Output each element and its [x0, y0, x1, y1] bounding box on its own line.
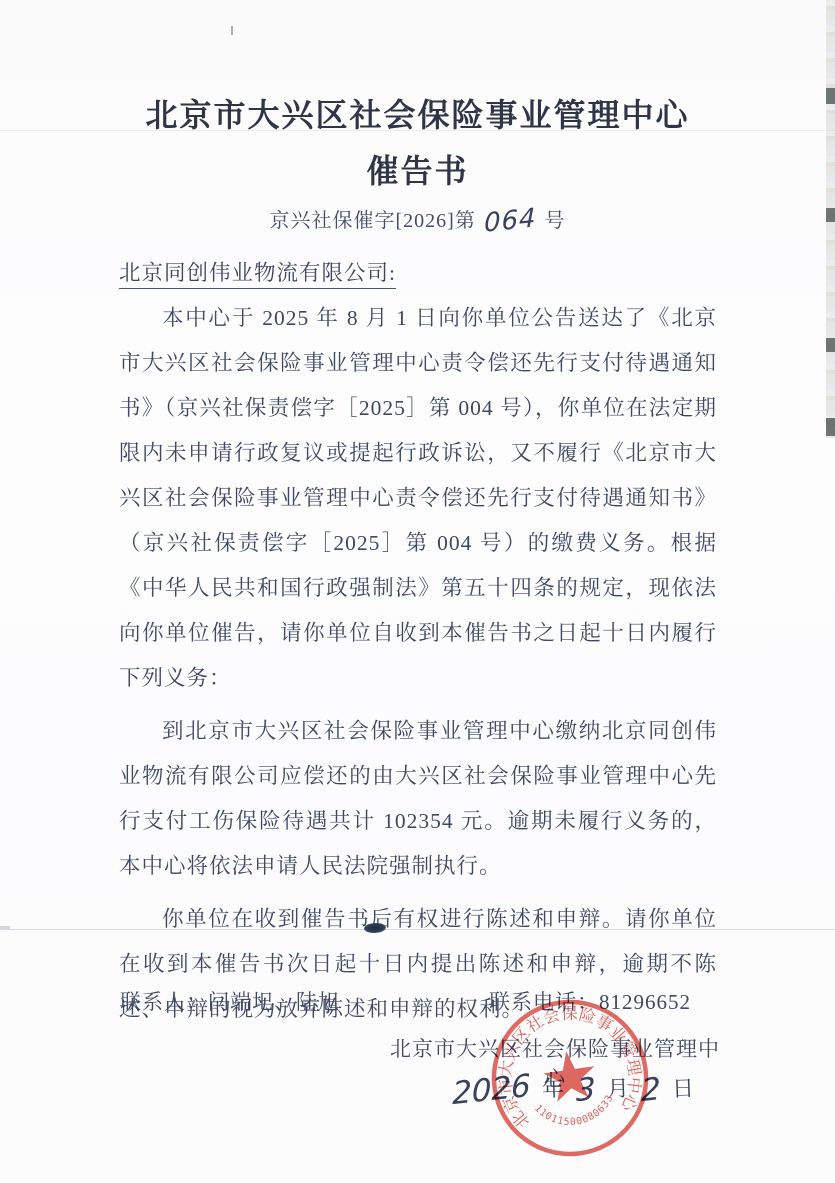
signature-date-year-label: 年	[542, 1072, 565, 1104]
document-number-suffix: 号	[544, 210, 565, 232]
signature-date-month: 3	[576, 1071, 596, 1109]
document-number-handwritten: 064	[484, 203, 536, 239]
scan-edge-mark	[826, 338, 835, 352]
paragraph-1: 本中心于 2025 年 8 月 1 日向你单位公告送达了《北京市大兴区社会保险事…	[119, 296, 717, 701]
contact-phone-number: 81296652	[599, 990, 691, 1014]
scan-speck	[0, 926, 10, 929]
scan-edge-mark	[826, 88, 835, 104]
signature-date-day-label: 日	[671, 1072, 694, 1104]
signature-date-year: 2026	[452, 1068, 530, 1112]
document-number-prefix: 京兴社保催字[2026]第	[270, 210, 476, 232]
signature-date-month-label: 月	[607, 1072, 630, 1104]
signature-date-day: 2	[641, 1071, 661, 1109]
document-subtitle: 催告书	[0, 146, 835, 192]
scan-edge-mark	[826, 208, 835, 222]
contact-persons-names: 闫端圯、陆旭	[208, 990, 340, 1014]
recipient-name: 北京同创伟业物流有限公司:	[119, 256, 396, 289]
scan-fold-line	[0, 929, 835, 930]
contact-phone: 联系电话：81296652	[489, 986, 691, 1016]
paragraph-2: 到北京市大兴区社会保险事业管理中心缴纳北京同创伟业物流有限公司应偿还的由大兴区社…	[119, 709, 717, 889]
contact-phone-label: 联系电话：	[489, 990, 599, 1014]
scan-speck	[231, 26, 233, 35]
scan-edge-mark	[826, 418, 835, 436]
document-number: 京兴社保催字[2026]第 064 号	[0, 204, 835, 236]
scan-fold-line	[0, 130, 835, 131]
scanned-document-page: 北京市大兴区社会保险事业管理中心 催告书 京兴社保催字[2026]第 064 号…	[0, 0, 835, 1183]
signature-date: 2026 年 3 月 2 日	[452, 1072, 700, 1108]
contact-persons-label: 联系人：	[120, 990, 208, 1014]
contact-persons: 联系人：闫端圯、陆旭	[120, 986, 340, 1016]
